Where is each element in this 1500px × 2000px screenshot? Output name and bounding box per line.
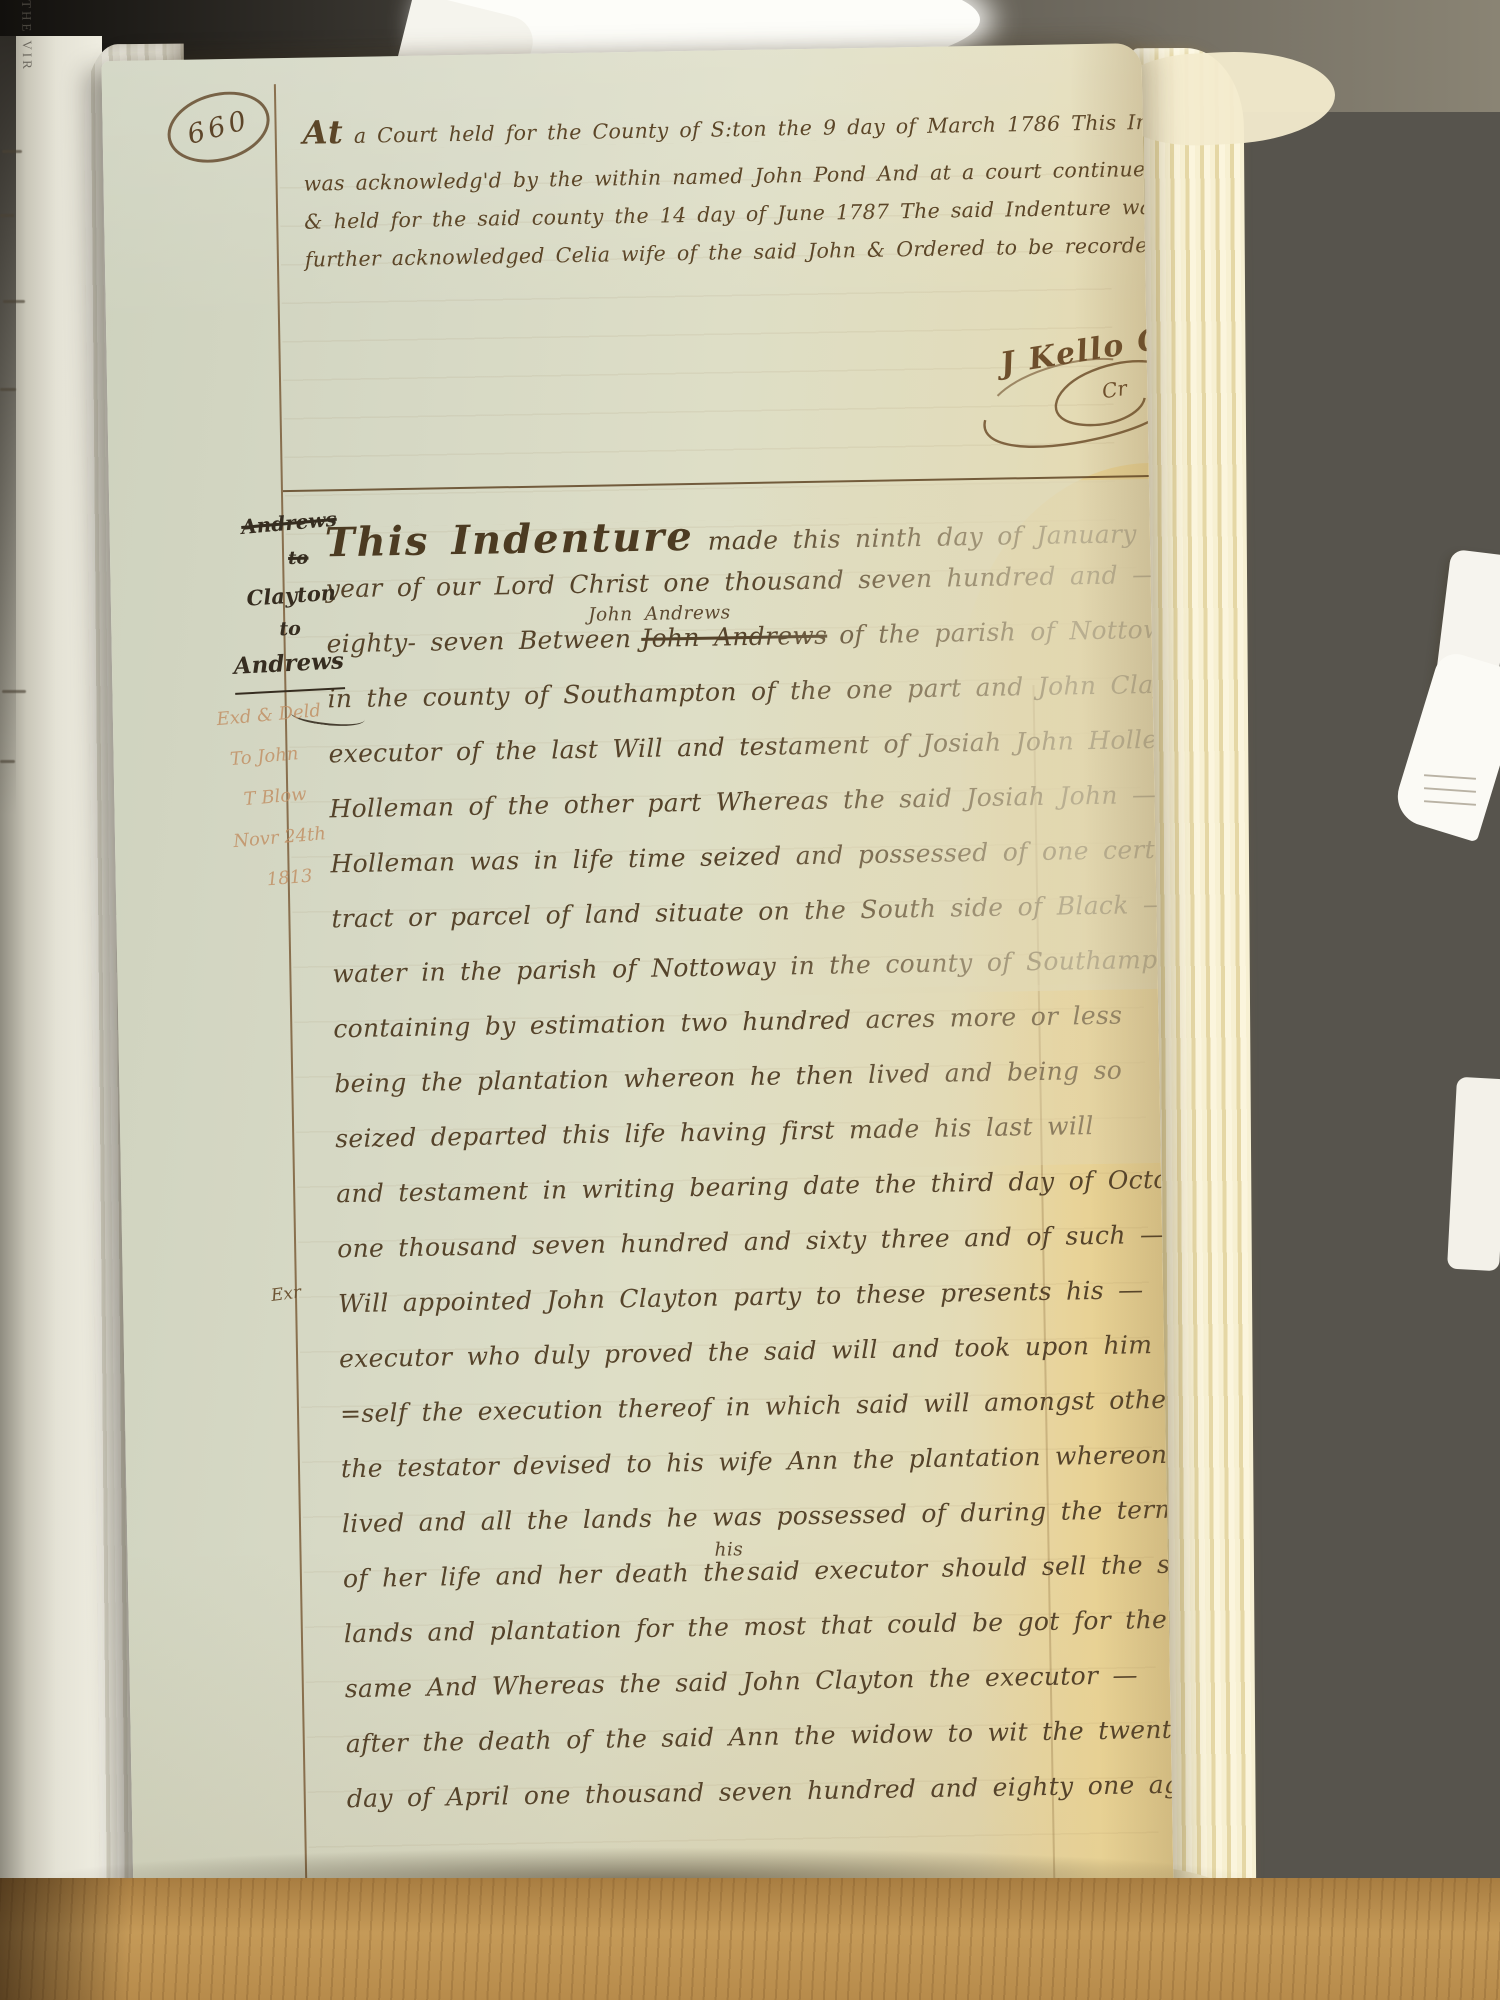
facing-page-ink [0,388,16,391]
delivery-note: Exd & Deld To John T Blow Novr 24th 1813 [216,700,338,913]
indenture-opening-words: This Indenture [324,513,694,566]
facing-page-ink [2,690,26,693]
court-line-text: a Court held for the County of S:ton the… [354,108,1175,147]
facing-page-ink [2,150,22,153]
facing-page-shadow [0,36,16,816]
court-opening-word: At [302,113,344,152]
facing-page-ink [0,760,15,763]
court-acknowledgment-block: Ata Court held for the County of S:ton t… [302,99,1150,286]
executor-margin-mark: Exr [270,1282,302,1306]
white-object-right [1447,1077,1500,1271]
facing-page-header-text: THE VIR [18,0,35,72]
photo-of-deed-book: { "colors": { "page_paper": "#dedec6", "… [0,0,1500,2000]
docket-entry-struck: Andrews [240,505,363,553]
facing-page-ink [3,300,25,303]
page-number: 660 [184,104,253,150]
manuscript-page: 660 Ata Court held for the County of S:t… [101,43,1174,1969]
margin-docket: Andrews to Clayton to Andrews [231,509,364,693]
wooden-table-shadow [0,1878,130,2000]
body-line-text: of her life and her death the [343,1557,746,1593]
docket-entry-struck: to [288,547,363,582]
docket-entry-underlined: Andrews [233,647,345,695]
interlined-correction: John Andrews [588,602,731,625]
body-line-text: eighty- seven Between [326,624,631,658]
wooden-table [0,1878,1500,2000]
docket-entry: to [279,617,364,650]
interlined-correction: his [714,1539,743,1560]
facing-page-ink [0,214,14,217]
docket-entry: Clayton [246,578,364,622]
delivery-note-line: 1813 [266,863,338,910]
